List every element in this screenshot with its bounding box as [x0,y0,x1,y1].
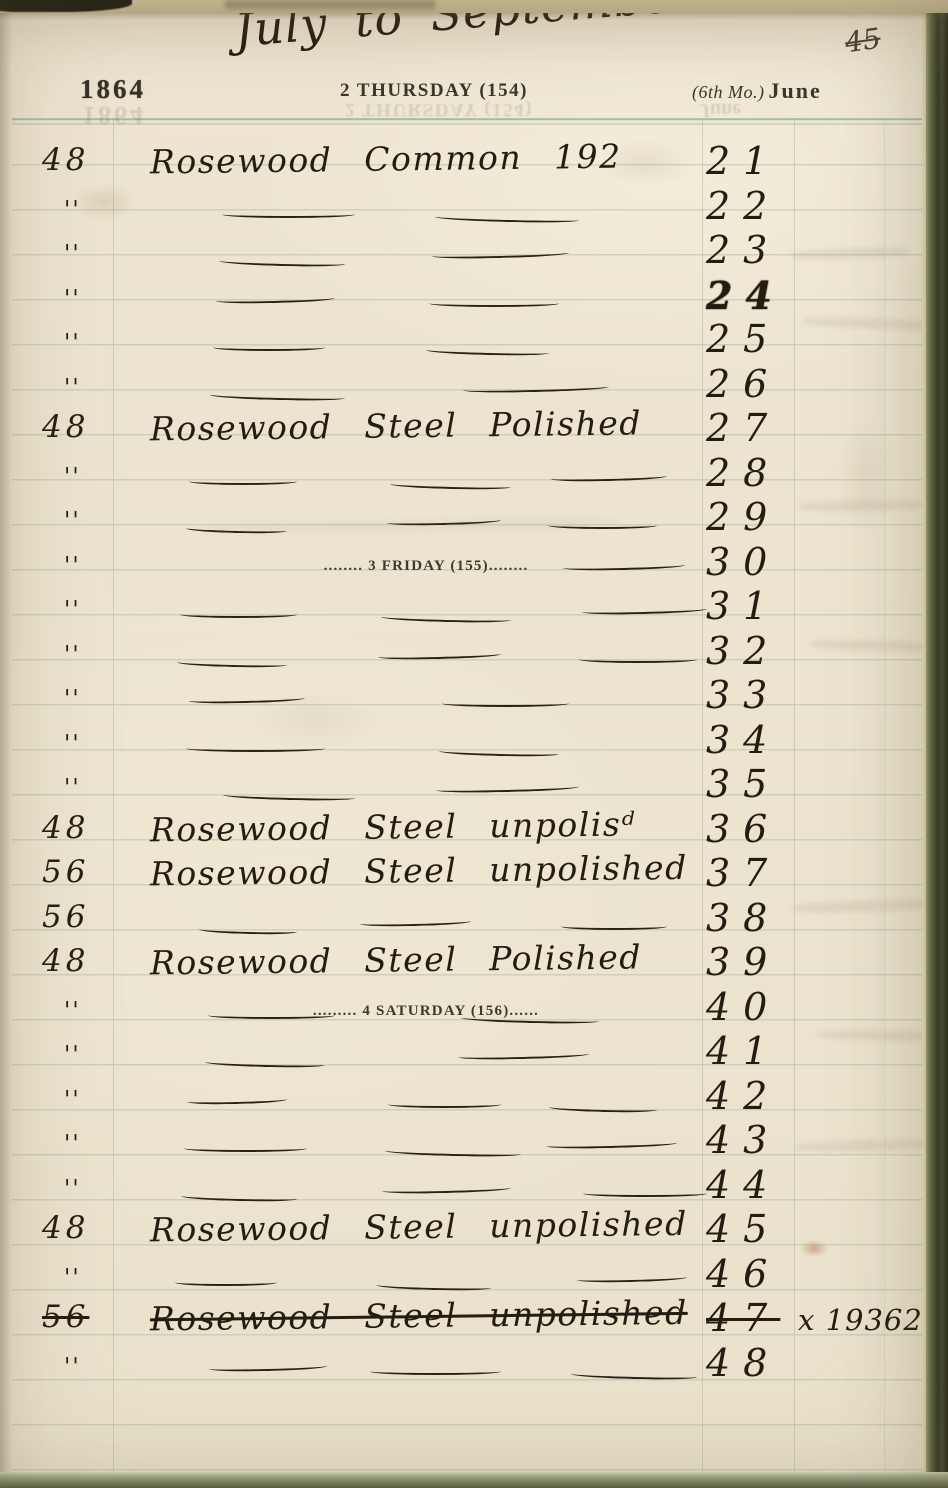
ditto-dash [579,656,697,663]
ditto-mark: '' [34,464,176,490]
quantity-value: 48 [34,142,154,178]
month-label: (6th Mo.) June [692,78,822,104]
month-prefix: (6th Mo.) [692,82,764,102]
header-rule-2 [12,123,926,125]
entry-number: 30 [706,540,816,584]
quantity-value: 48 [34,409,154,445]
quantity-value: 48 [34,943,154,979]
printed-day-header: 2 THURSDAY (154) [340,80,528,102]
ditto-dash [210,391,345,401]
ditto-dash [583,1190,707,1197]
book-edge-right [926,0,948,1488]
entry-number: 46 [706,1252,816,1296]
ditto-mark: '' [34,686,176,712]
ditto-mark: '' [34,375,176,401]
ditto-dash [199,925,297,934]
ditto-mark: '' [34,1087,176,1113]
ditto-dash [376,1281,491,1291]
description-value: Rosewood Steel Polished [150,937,706,983]
ditto-mark: '' [34,508,176,534]
entry-number: 27 [706,406,816,450]
entry-number: 41 [706,1029,816,1073]
deckle-top-shadow [0,13,948,20]
page-left-shadow [0,0,12,1488]
ditto-dash [385,1147,521,1157]
entry-number: 44 [706,1163,816,1207]
entry-number: 36 [706,807,816,851]
ditto-dash [213,344,325,351]
entry-number: 38 [706,896,816,940]
ditto-mark: '' [34,1131,176,1157]
ditto-dash [175,1279,277,1286]
ditto-mark: '' [34,642,176,668]
ditto-dash [429,300,559,307]
quantity-value: 56 [34,1299,154,1335]
entry-number: 23 [706,228,816,272]
ditto-dash [370,1368,501,1375]
ditto-dash [186,745,325,752]
ditto-dash [208,1012,335,1019]
overwritten-digits: 45 [843,22,883,60]
quantity-value: 48 [34,1210,154,1246]
ditto-dash [189,478,297,485]
ditto-dash [439,747,559,757]
ditto-dash [436,783,579,793]
book-edge-bottom [0,1472,948,1488]
description-value: Rosewood Steel unpolisᵈ [150,803,706,849]
ditto-dash [549,1103,657,1113]
ditto-dash [390,480,511,490]
ditto-dash [561,923,667,930]
ditto-dash [360,917,471,927]
entry-number: 39 [706,940,816,984]
description-value: Rosewood Common 192 [150,136,706,182]
entry-number: 29 [706,495,816,539]
ditto-mark: '' [34,1265,176,1291]
description-value: Rosewood Steel unpolished [150,848,706,894]
ditto-dash [223,791,355,801]
entry-number: 45 [706,1207,816,1251]
ditto-mark: '' [34,330,176,356]
ditto-mark: '' [34,775,176,801]
ditto-dash [432,249,569,259]
entry-number: 40 [706,985,816,1029]
description-value: Rosewood Steel Polished [150,403,706,449]
quantity-value: 56 [34,899,154,935]
entry-number: 43 [706,1118,816,1162]
month-name: June [768,78,821,103]
ditto-mark: '' [34,197,176,223]
ditto-dash [382,1184,511,1194]
ditto-dash [426,346,549,356]
ditto-dash [180,611,297,618]
year-label: 1864 [80,74,146,105]
ditto-dash [582,605,707,615]
ditto-dash [546,1139,677,1149]
ditto-dash [571,1370,697,1380]
entry-number: 25 [706,317,816,361]
entry-number: 22 [706,184,816,228]
entry-number: 32 [706,629,816,673]
ditto-dash [219,257,345,267]
ditto-dash [187,1095,287,1104]
ditto-dash [387,517,501,527]
ditto-dash [458,1050,589,1060]
ditto-dash [209,1362,327,1372]
entry-number: 33 [706,673,816,717]
ditto-dash [181,1192,297,1202]
ditto-dash [222,211,355,218]
description-value: Rosewood Steel unpolished [150,1293,706,1339]
entry-number: 35 [706,762,816,806]
entry-number: 37 [706,851,816,895]
ditto-dash [216,294,335,304]
ditto-dash [177,658,287,668]
ditto-dash [189,695,305,705]
entry-number: 48 [706,1341,816,1385]
entry-number: 42 [706,1074,816,1118]
ditto-mark: '' [34,731,176,757]
entry-number: 34 [706,718,816,762]
ditto-dash [442,700,569,707]
ditto-dash [381,613,511,623]
top-smudge [225,0,435,9]
ledger-row: ''48 [0,1352,948,1397]
ditto-mark: '' [34,597,176,623]
ditto-dash [463,383,609,394]
ditto-dash [577,1273,687,1283]
quantity-value: 48 [34,810,154,846]
ditto-dash [378,650,501,660]
ditto-dash [184,1145,307,1152]
quantity-value: 56 [34,854,154,890]
ditto-mark: '' [34,1354,176,1380]
ditto-mark: '' [34,241,176,267]
entry-number: 28 [706,451,816,495]
deckle-top [0,0,948,13]
ditto-dash [551,472,667,482]
ditto-dash [548,522,657,529]
ledger-rows: 48Rosewood Common 19221''22''23''24''25'… [0,150,948,1396]
ditto-mark: '' [34,286,176,312]
ditto-mark: '' [34,1176,176,1202]
ditto-dash [186,525,287,534]
ditto-dash [388,1101,501,1108]
entry-number: 21 [706,139,816,183]
description-value: Rosewood Steel unpolished [150,1204,706,1250]
ditto-dash [205,1059,325,1069]
entry-number: 24 [706,273,816,318]
ledger-page-scan: 1864 2 THURSDAY (154) June 1864 2 THURSD… [0,0,948,1488]
entry-number: 31 [706,584,816,628]
entry-number: 26 [706,362,816,406]
ditto-dash [435,213,579,224]
ditto-mark: '' [34,1042,176,1068]
